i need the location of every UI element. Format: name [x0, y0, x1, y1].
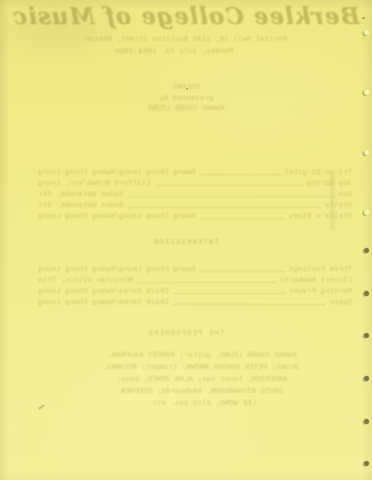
program-section-1: Tri-no-bi-gital Kwang Chung Leung/Kwang … [0, 166, 372, 221]
piece-credit: Kwang Chung Leung/Kwang Chung Leung [38, 213, 196, 221]
performers-list: KWANG CHUNG LEUNG, guitar; ROBERT KAUFMA… [0, 350, 372, 410]
binding-hole [364, 150, 369, 155]
piece-credit: Chick Corea/Kwang Chung Leung [38, 299, 169, 307]
performers-line: KWANG CHUNG LEUNG, guitar; ROBERT KAUFMA… [72, 350, 332, 362]
piece-credit: Miroslav Vitous, Trio [38, 277, 133, 285]
binding-hole [364, 376, 369, 381]
piece-credit: Chick Corea/Kwang Chung Leung [38, 288, 169, 296]
binding-hole [364, 461, 369, 466]
program-row: Tri-no-bi-gital Kwang Chung Leung/Kwang … [0, 166, 372, 177]
piece-title: Tri-no-bi-gital [284, 169, 352, 177]
piece-credit: Kwang Chung Leung/Kwang Chung Leung [38, 266, 196, 274]
dot-leader [200, 271, 285, 272]
piece-title: Stella's Blues [289, 213, 352, 221]
binding-hole [364, 291, 369, 296]
dot-leader [128, 207, 321, 208]
program-row: Joy Spring Clifford Brown/arr. Leung [0, 177, 372, 188]
program-section-2: Three Feelings Kwang Chung Leung/Kwang C… [0, 263, 372, 307]
venue-line: Recital Hall 1B, 1140 Boylston Street, B… [0, 36, 372, 44]
binding-hole [364, 90, 369, 95]
program-row: Morning Prayer Chick Corea/Kwang Chung L… [0, 285, 372, 296]
dot-leader [200, 174, 281, 175]
piece-title: Sun [338, 191, 352, 199]
dot-leader [128, 196, 335, 197]
performers-line: drums; PETER GORDON BROWN, trumpet; MICH… [72, 362, 332, 374]
scanned-program-page: Berklee College of Music Recital Hall 1B… [0, 0, 372, 480]
dot-leader [173, 304, 326, 305]
dot-leader [155, 185, 303, 186]
piece-title: Morning Prayer [289, 288, 352, 296]
dot-leader [137, 282, 276, 283]
program-row: Sun Sadao Watanabe, Gtr [0, 188, 372, 199]
paper-speck [362, 17, 365, 19]
piece-credit: Kwang Chung Leung/Kwang Chung Leung [38, 169, 196, 177]
paper-smudge [330, 172, 335, 230]
performers-line: ANDERSON, tenor sax; ALAN JONES, bass; [72, 374, 332, 386]
piece-credit: Clifford Brown/arr. Leung [38, 180, 151, 188]
binding-hole [364, 333, 369, 338]
piece-credit: Sadao Watanabe, Gtr [38, 202, 124, 210]
performers-line: DAVID RICHARDSON, keyboards; STEPHEN [72, 386, 332, 398]
piece-title: (Insert Numbers) [280, 277, 352, 285]
program-row: (Insert Numbers) Miroslav Vitous, Trio [0, 274, 372, 285]
piece-title: Three Feelings [289, 266, 352, 274]
dot-leader [173, 293, 285, 294]
binding-hole [364, 210, 369, 215]
program-row: Stella's Blues Kwang Chung Leung/Kwang C… [0, 210, 372, 221]
piece-credit: Sadao Watanabe, Gtr [38, 191, 124, 199]
date-line: Monday, July 23, 1984 1:00pm [0, 48, 372, 58]
dot-leader [200, 218, 285, 219]
presenter-name: KWANG CHUNG LEUNG [0, 104, 372, 115]
performers-heading: THE PERFORMERS [0, 330, 372, 338]
performers-line: LEE WONG, alto sax, etc. [72, 398, 332, 410]
binding-hole [364, 248, 369, 253]
program-row: Spain Chick Corea/Kwang Chung Leung [0, 296, 372, 307]
program-row: Three Feelings Kwang Chung Leung/Kwang C… [0, 263, 372, 274]
intermission-heading: INTERMISSION [0, 239, 372, 247]
piece-title: Spain [329, 299, 352, 307]
binding-hole [364, 30, 369, 35]
event-date: Monday, July 23, 1984 [139, 48, 234, 56]
paper-speck [186, 88, 188, 90]
presented-by-label: presented by [0, 94, 372, 105]
event-time: 1:00pm [115, 48, 142, 56]
binding-hole [364, 419, 369, 424]
program-row: Stella Sadao Watanabe, Gtr [0, 199, 372, 210]
mirrored-bleed-through-layer: Berklee College of Music Recital Hall 1B… [0, 0, 372, 480]
school-wordmark: Berklee College of Music [0, 3, 372, 30]
